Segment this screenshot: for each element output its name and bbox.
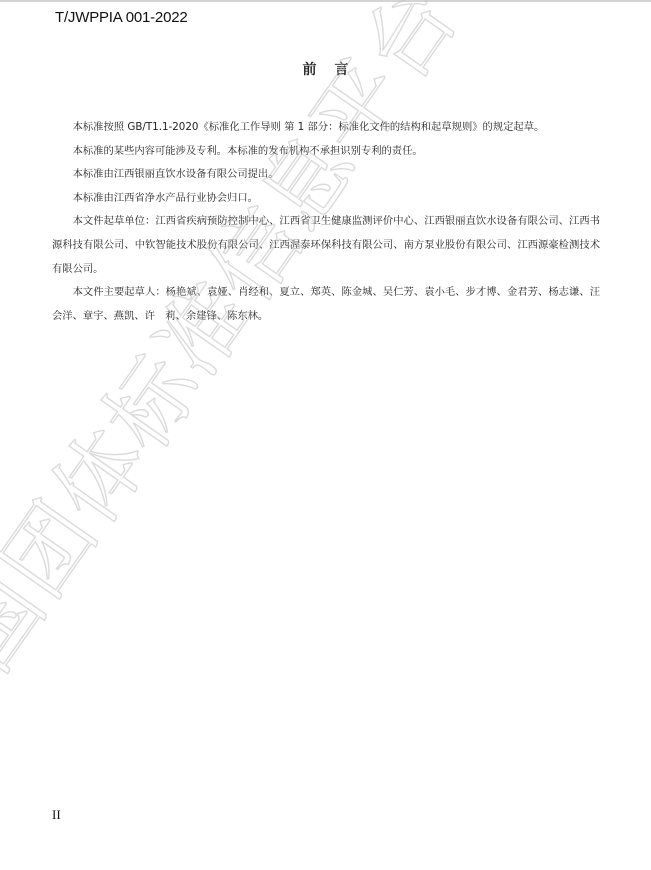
paragraph-administrator: 本标准由江西省净水产品行业协会归口。 (52, 187, 600, 211)
title-char-1: 前 (303, 62, 317, 78)
paragraph-drafting-basis: 本标准按照 GB/T1.1-2020《标准化工作导则 第 1 部分：标准化文件的… (52, 116, 600, 140)
paragraph-patent-notice: 本标准的某些内容可能涉及专利。本标准的发布机构不承担识别专利的责任。 (52, 140, 600, 164)
paragraph-main-drafters: 本文件主要起草人：杨艳斌、袁娅、肖经和、夏立、郑英、陈金城、吴仁芳、袁小毛、步才… (52, 281, 600, 328)
page-title: 前言 (0, 59, 651, 79)
title-char-2: 言 (335, 62, 349, 78)
paragraph-proposer: 本标准由江西银丽直饮水设备有限公司提出。 (52, 163, 600, 187)
document-code-header: T/JWPPIA 001-2022 (55, 9, 188, 26)
foreword-body: 本标准按照 GB/T1.1-2020《标准化工作导则 第 1 部分：标准化文件的… (52, 116, 600, 328)
top-border-rule (0, 0, 651, 2)
page-number: II (52, 807, 61, 823)
paragraph-drafting-units: 本文件起草单位：江西省疾病预防控制中心、江西省卫生健康监测评价中心、江西银丽直饮… (52, 210, 600, 281)
